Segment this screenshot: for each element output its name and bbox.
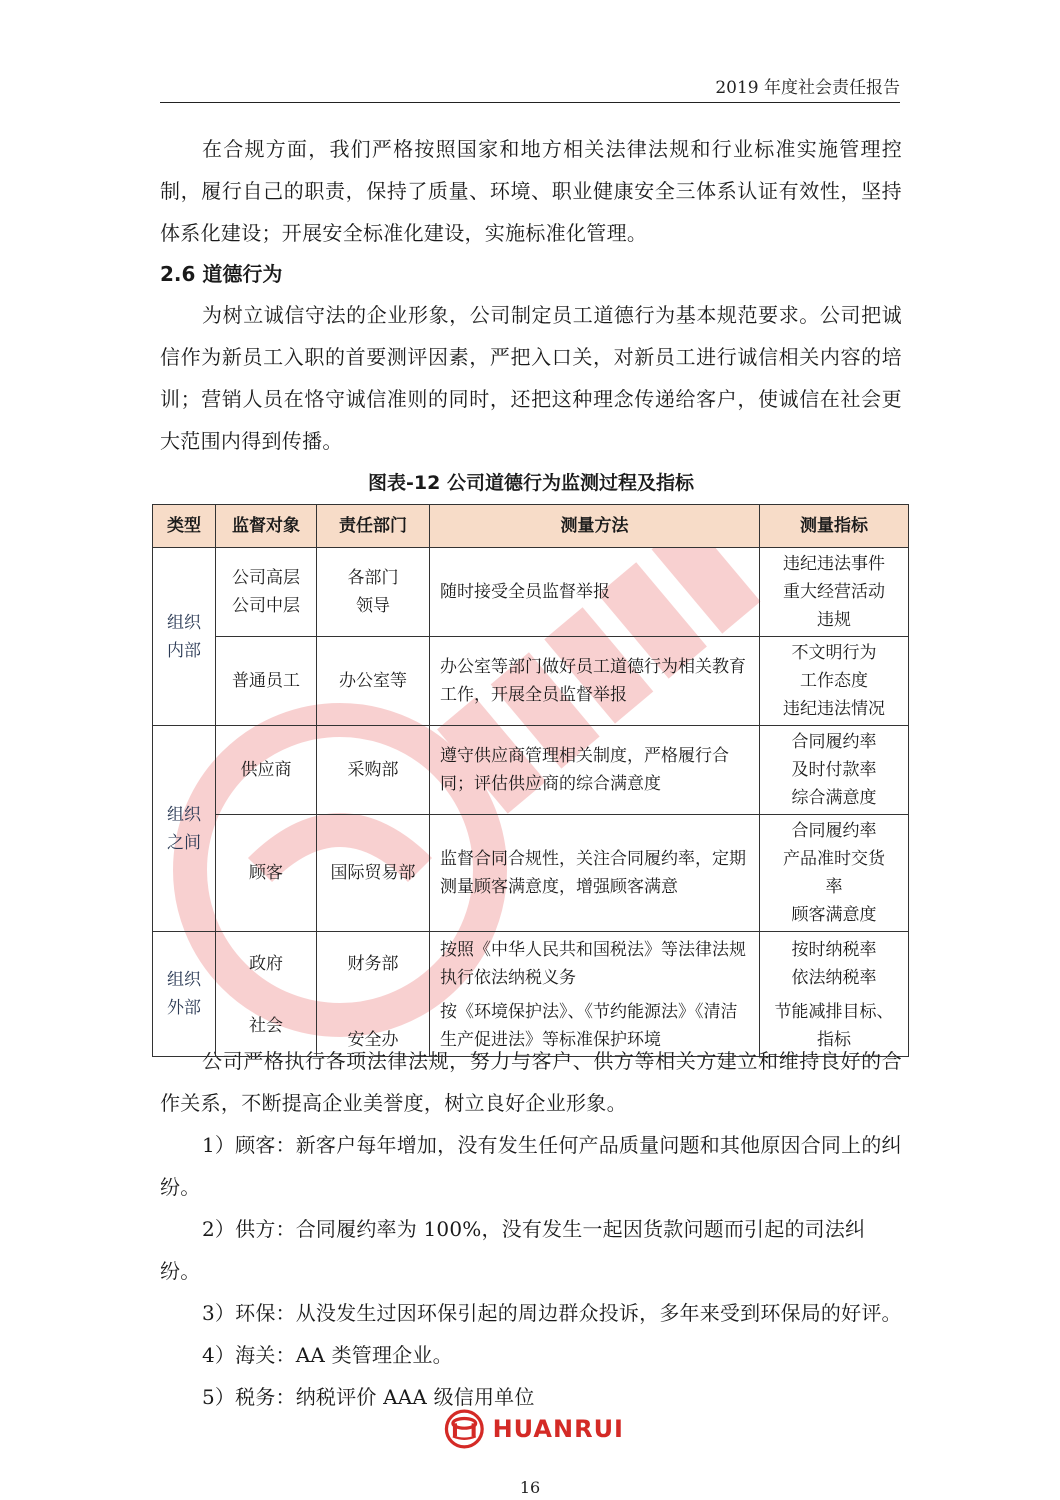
header-method: 测量方法 [430, 505, 760, 548]
method-cell: 按照《中华人民共和国税法》等法律法规执行依法纳税义务 [430, 932, 760, 996]
dept-cell: 国际贸易部 [317, 815, 430, 932]
table-row: 组织 外部 政府 财务部 按照《中华人民共和国税法》等法律法规执行依法纳税义务 … [153, 932, 909, 996]
section-heading: 2.6 道德行为 [160, 254, 902, 294]
compliance-paragraph: 在合规方面，我们严格按照国家和地方相关法律法规和行业标准实施管理控制，履行自己的… [160, 128, 902, 254]
indicator-cell: 不文明行为 工作态度 违纪违法情况 [760, 637, 909, 726]
target-cell: 普通员工 [216, 637, 317, 726]
list-item: 2）供方：合同履约率为 100%，没有发生一起因货款问题而引起的司法纠纷。 [160, 1208, 902, 1292]
table-row: 组织 内部 公司高层 公司中层 各部门 领导 随时接受全员监督举报 违纪违法事件… [153, 548, 909, 637]
ethics-monitoring-table: 类型 监督对象 责任部门 测量方法 测量指标 组织 内部 公司高层 公司中层 各… [152, 504, 909, 1057]
indicator-cell: 合同履约率 及时付款率 综合满意度 [760, 726, 909, 815]
dept-cell: 采购部 [317, 726, 430, 815]
method-cell: 遵守供应商管理相关制度，严格履行合同；评估供应商的综合满意度 [430, 726, 760, 815]
dept-cell: 财务部 [317, 932, 430, 996]
indicator-cell: 按时纳税率 依法纳税率 [760, 932, 909, 996]
table-header-row: 类型 监督对象 责任部门 测量方法 测量指标 [153, 505, 909, 548]
list-item: 1）顾客：新客户每年增加，没有发生任何产品质量问题和其他原因合同上的纠纷。 [160, 1124, 902, 1208]
method-cell: 按《环境保护法》、《节约能源法》《清洁生产促进法》等标准保护环境 [430, 996, 760, 1057]
table-row: 社会 安全办 按《环境保护法》、《节约能源法》《清洁生产促进法》等标准保护环境 … [153, 996, 909, 1057]
method-cell: 监督合同合规性，关注合同履约率，定期测量顾客满意度，增强顾客满意 [430, 815, 760, 932]
dept-cell: 办公室等 [317, 637, 430, 726]
type-cell: 组织 外部 [153, 932, 216, 1057]
target-cell: 政府 [216, 932, 317, 996]
header-type: 类型 [153, 505, 216, 548]
target-cell: 供应商 [216, 726, 317, 815]
page-header: 2019 年度社会责任报告 [160, 76, 900, 103]
report-title: 2019 年度社会责任报告 [715, 78, 900, 98]
page-number: 16 [0, 1478, 1060, 1497]
type-cell: 组织 之间 [153, 726, 216, 932]
dept-cell: 各部门 领导 [317, 548, 430, 637]
method-cell: 随时接受全员监督举报 [430, 548, 760, 637]
logo-text: HUANRUI [493, 1415, 624, 1443]
target-cell: 社会 [216, 996, 317, 1057]
target-cell: 顾客 [216, 815, 317, 932]
dept-cell: 安全办 [317, 996, 430, 1057]
header-dept: 责任部门 [317, 505, 430, 548]
header-target: 监督对象 [216, 505, 317, 548]
header-indicators: 测量指标 [760, 505, 909, 548]
table-row: 组织 之间 供应商 采购部 遵守供应商管理相关制度，严格履行合同；评估供应商的综… [153, 726, 909, 815]
table-row: 普通员工 办公室等 办公室等部门做好员工道德行为相关教育工作，开展全员监督举报 … [153, 637, 909, 726]
indicator-cell: 节能减排目标、 指标 [760, 996, 909, 1057]
type-cell: 组织 内部 [153, 548, 216, 726]
footer-logo: HUANRUI [444, 1404, 624, 1454]
main-content: 在合规方面，我们严格按照国家和地方相关法律法规和行业标准实施管理控制，履行自己的… [160, 128, 902, 1057]
indicator-cell: 违纪违法事件 重大经营活动 违规 [760, 548, 909, 637]
after-table-content: 公司严格执行各项法律法规，努力与客户、供方等相关方建立和维持良好的合作关系，不断… [160, 1040, 902, 1418]
method-cell: 办公室等部门做好员工道德行为相关教育工作，开展全员监督举报 [430, 637, 760, 726]
huanrui-logo-icon [444, 1404, 485, 1454]
indicator-cell: 合同履约率 产品准时交货 率 顾客满意度 [760, 815, 909, 932]
table-row: 顾客 国际贸易部 监督合同合规性，关注合同履约率，定期测量顾客满意度，增强顾客满… [153, 815, 909, 932]
list-item: 3）环保：从没发生过因环保引起的周边群众投诉，多年来受到环保局的好评。 [160, 1292, 902, 1334]
target-cell: 公司高层 公司中层 [216, 548, 317, 637]
table-caption: 图表-12 公司道德行为监测过程及指标 [160, 466, 902, 500]
ethics-intro-paragraph: 为树立诚信守法的企业形象，公司制定员工道德行为基本规范要求。公司把诚信作为新员工… [160, 294, 902, 462]
list-item: 4）海关：AA 类管理企业。 [160, 1334, 902, 1376]
